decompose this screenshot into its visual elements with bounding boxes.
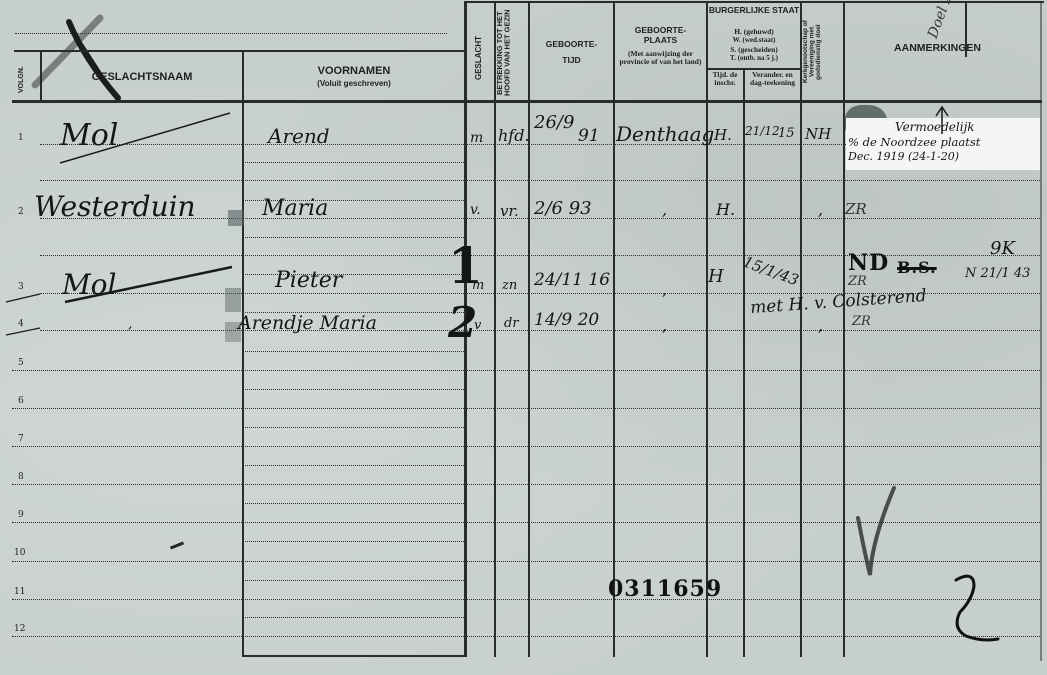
row1-kerkgenootschap: NH	[805, 125, 831, 143]
col-line-tijd	[743, 68, 745, 657]
row4-geslacht: v	[474, 318, 481, 333]
header-geboortetijd-2: TIJD	[530, 56, 613, 65]
check-mark-icon	[852, 480, 902, 580]
row-number: 11	[14, 587, 25, 597]
row3-aanmerkingen: ZR	[848, 274, 867, 289]
row-number: 9	[18, 510, 24, 520]
header-bs-w: W. (wed.staat)	[708, 37, 800, 44]
header-top-line	[14, 50, 466, 52]
row2-voornamen: Maria	[262, 196, 328, 221]
row3-stamp-nd: ND	[848, 250, 889, 276]
strike-line	[55, 108, 235, 168]
row1-geboorteplaats: Denthaag	[616, 122, 714, 146]
header-geslacht: GESLACHT	[475, 20, 483, 96]
row3-tijd-inschr: 15/1/43	[741, 253, 801, 290]
row3-geslacht: m	[472, 278, 484, 293]
col-line-betrekking	[528, 1, 530, 657]
header-geboorteplaats-2: PLAATS	[615, 36, 706, 45]
header-voornamen: VOORNAMEN	[244, 66, 464, 78]
row-number: 7	[18, 434, 24, 444]
row3-geboorteplaats: ,	[662, 280, 667, 299]
strike-line	[60, 262, 240, 307]
row3-betrekking: zn	[502, 278, 517, 293]
row4-voornamen: Arendje Maria	[238, 312, 377, 334]
header-geslachtsnaam: GESLACHTSNAAM	[42, 72, 242, 84]
row4-geslachtsnaam: ,	[128, 316, 132, 332]
header-verander: Verander. en dag-teekening	[745, 71, 800, 87]
margin-strike	[4, 290, 44, 340]
archive-number: 0311659	[608, 576, 722, 602]
row1-aanmerkingen-2: % de Noordzee plaatst	[848, 135, 980, 149]
row1-geslacht: m	[470, 130, 483, 146]
card-right-edge	[1040, 1, 1042, 661]
row1-geboortetijd: 26/9	[534, 112, 574, 133]
row4-betrekking: dr	[504, 316, 519, 331]
header-bs-t: T. (ontb. na 5 j.)	[708, 55, 800, 62]
row4-geboortetijd: 14/9 20	[534, 310, 599, 330]
row-number: 2	[18, 207, 24, 217]
group-mark-2: 2	[448, 298, 477, 347]
header-betrekking: BETREKKING TOT HET HOOFD VAN HET GEZIN	[496, 8, 526, 98]
margin-note-doel: Doel 2	[925, 0, 956, 40]
row2-burgerlijke-staat: H.	[716, 200, 735, 219]
col-line-geboortetijd	[613, 1, 615, 657]
col-line-geslacht	[494, 1, 496, 657]
col-line-geslachtsnaam	[242, 52, 244, 657]
smudge	[225, 288, 241, 312]
stray-mark	[170, 541, 184, 549]
header-burgerlijke-staat: BURGERLIJKE STAAT	[708, 6, 800, 15]
row-number: 5	[18, 358, 24, 368]
row-number: 8	[18, 472, 24, 482]
col-line-kerk	[843, 1, 845, 657]
row1-tijd-inschr: 21/12	[745, 124, 780, 138]
row2-geboortetijd: 2/6 93	[534, 198, 592, 219]
row1-verander: 15	[778, 126, 795, 141]
final-mark-2-icon	[946, 572, 1006, 644]
row1-geboortejaar: 91	[578, 126, 600, 146]
col-line-verander	[800, 1, 802, 657]
row2-geboorteplaats: ,	[662, 200, 667, 219]
row-number: 10	[14, 548, 25, 558]
row1-voornamen: Arend	[268, 124, 330, 148]
row4-verander: met H. v. Colsterend	[750, 286, 928, 318]
row4-geboorteplaats: ,	[662, 316, 667, 335]
row3-geboortetijd: 24/11 16	[534, 270, 610, 290]
header-geboorteplaats-sub: (Met aanwijzing der provincie of van het…	[617, 50, 704, 66]
row-number: 1	[18, 133, 24, 143]
row3-initials: 9K	[990, 238, 1015, 259]
family-register-card: VOLGN. GESLACHTSNAAM VOORNAMEN (Voluit g…	[0, 0, 1047, 675]
header-kerkgenootschap: Kerkgenootschap of Vereeniging met godsd…	[803, 6, 841, 98]
header-voornamen-sub: (Voluit geschreven)	[244, 80, 464, 88]
row2-aanmerkingen: ZR	[845, 200, 867, 218]
header-bs-s: S. (gescheiden)	[708, 46, 800, 54]
row-number: 12	[14, 624, 25, 634]
header-top-line-right	[464, 1, 1044, 3]
row1-burgerlijke-staat: H.	[714, 126, 732, 144]
row2-kerkgenootschap: ,	[818, 200, 823, 219]
row2-geslacht: v.	[470, 202, 481, 218]
header-bs-h: H. (gehuwd)	[708, 28, 800, 36]
header-geboorteplaats: GEBOORTE-	[615, 26, 706, 35]
row3-burgerlijke-staat: H	[708, 266, 724, 287]
row4-aanmerkingen: ZR	[852, 314, 871, 329]
header-geboortetijd: GEBOORTE-	[530, 40, 613, 49]
col-line-geboorteplaats	[706, 1, 708, 657]
header-aanmerkingen: AANMERKINGEN	[845, 43, 1030, 54]
row2-geslachtsnaam: Westerduin	[34, 190, 196, 223]
row-number: 6	[18, 396, 24, 406]
row4-kerkgenootschap: ,	[818, 316, 823, 335]
header-bottom-line	[12, 100, 1042, 103]
arrow-up-icon	[932, 104, 952, 136]
header-volgn: VOLGN.	[18, 62, 25, 98]
row2-betrekking: vr.	[500, 202, 519, 220]
row1-aanmerkingen-3: Dec. 1919 (24-1-20)	[848, 150, 959, 163]
row1-betrekking: hfd.	[498, 126, 530, 145]
row3-voornamen: Pieter	[275, 268, 342, 293]
row3-stamp-struck: B.S.	[897, 258, 937, 277]
smudge	[228, 210, 244, 226]
row3-aanmerkingen-extra: N 21/1 43	[965, 266, 1030, 281]
header-tijd: Tijd. de inschr.	[707, 71, 743, 87]
